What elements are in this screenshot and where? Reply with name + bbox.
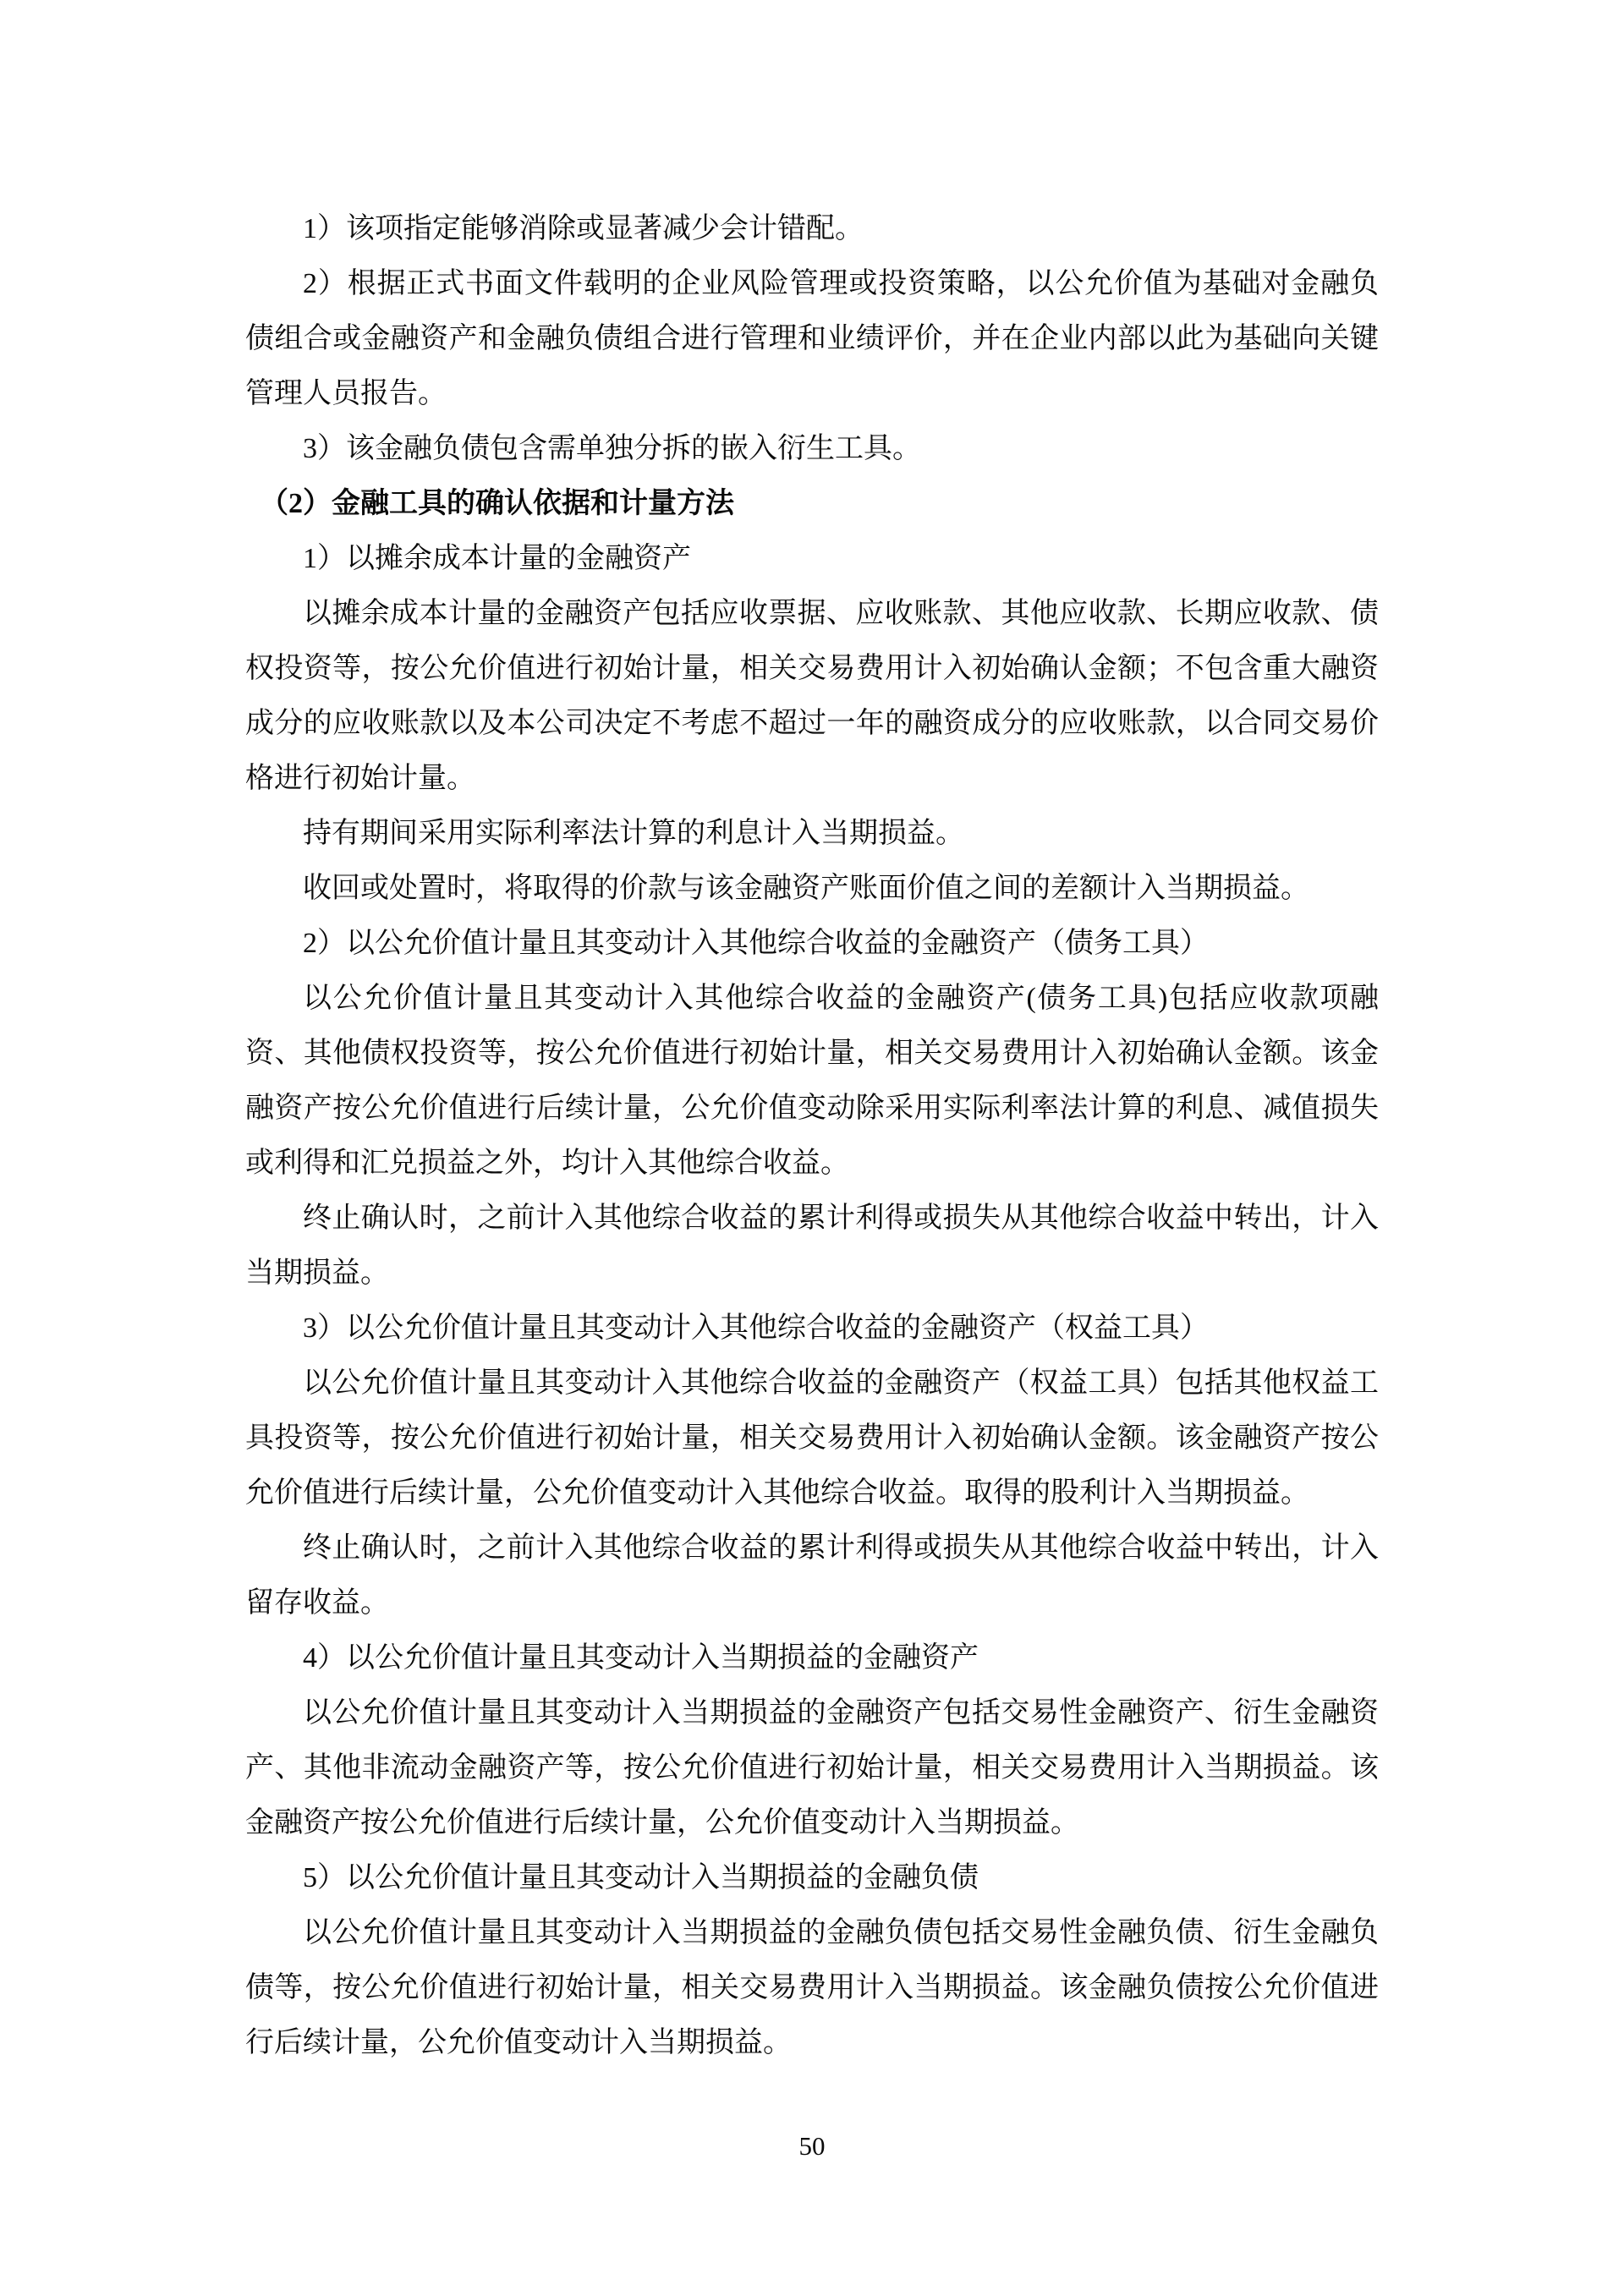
list-item: 4）以公允价值计量且其变动计入当期损益的金融资产 [245,1630,1379,1685]
list-item: 3）以公允价值计量且其变动计入其他综合收益的金融资产（权益工具） [245,1301,1379,1356]
list-item: 2）以公允价值计量且其变动计入其他综合收益的金融资产（债务工具） [245,916,1379,971]
document-body: 1）该项指定能够消除或显著减少会计错配。 2）根据正式书面文件载明的企业风险管理… [245,201,1379,2070]
paragraph: 以公允价值计量且其变动计入当期损益的金融资产包括交易性金融资产、衍生金融资产、其… [245,1685,1379,1850]
list-item: 1）该项指定能够消除或显著减少会计错配。 [245,201,1379,256]
list-item: 1）以摊余成本计量的金融资产 [245,531,1379,586]
paragraph: 以摊余成本计量的金融资产包括应收票据、应收账款、其他应收款、长期应收款、债权投资… [245,586,1379,806]
paragraph: 以公允价值计量且其变动计入其他综合收益的金融资产（权益工具）包括其他权益工具投资… [245,1356,1379,1521]
paragraph: 持有期间采用实际利率法计算的利息计入当期损益。 [245,806,1379,861]
paragraph: 以公允价值计量且其变动计入其他综合收益的金融资产(债务工具)包括应收款项融资、其… [245,971,1379,1191]
section-heading: （2）金融工具的确认依据和计量方法 [245,476,1379,531]
paragraph: 收回或处置时，将取得的价款与该金融资产账面价值之间的差额计入当期损益。 [245,861,1379,916]
page-number: 50 [0,2129,1624,2163]
document-page: 1）该项指定能够消除或显著减少会计错配。 2）根据正式书面文件载明的企业风险管理… [0,0,1624,2296]
paragraph: 终止确认时，之前计入其他综合收益的累计利得或损失从其他综合收益中转出，计入留存收… [245,1521,1379,1630]
list-item: 5）以公允价值计量且其变动计入当期损益的金融负债 [245,1850,1379,1905]
list-item: 3）该金融负债包含需单独分拆的嵌入衍生工具。 [245,421,1379,476]
paragraph: 以公允价值计量且其变动计入当期损益的金融负债包括交易性金融负债、衍生金融负债等，… [245,1905,1379,2070]
list-item: 2）根据正式书面文件载明的企业风险管理或投资策略，以公允价值为基础对金融负债组合… [245,256,1379,421]
paragraph: 终止确认时，之前计入其他综合收益的累计利得或损失从其他综合收益中转出，计入当期损… [245,1191,1379,1301]
